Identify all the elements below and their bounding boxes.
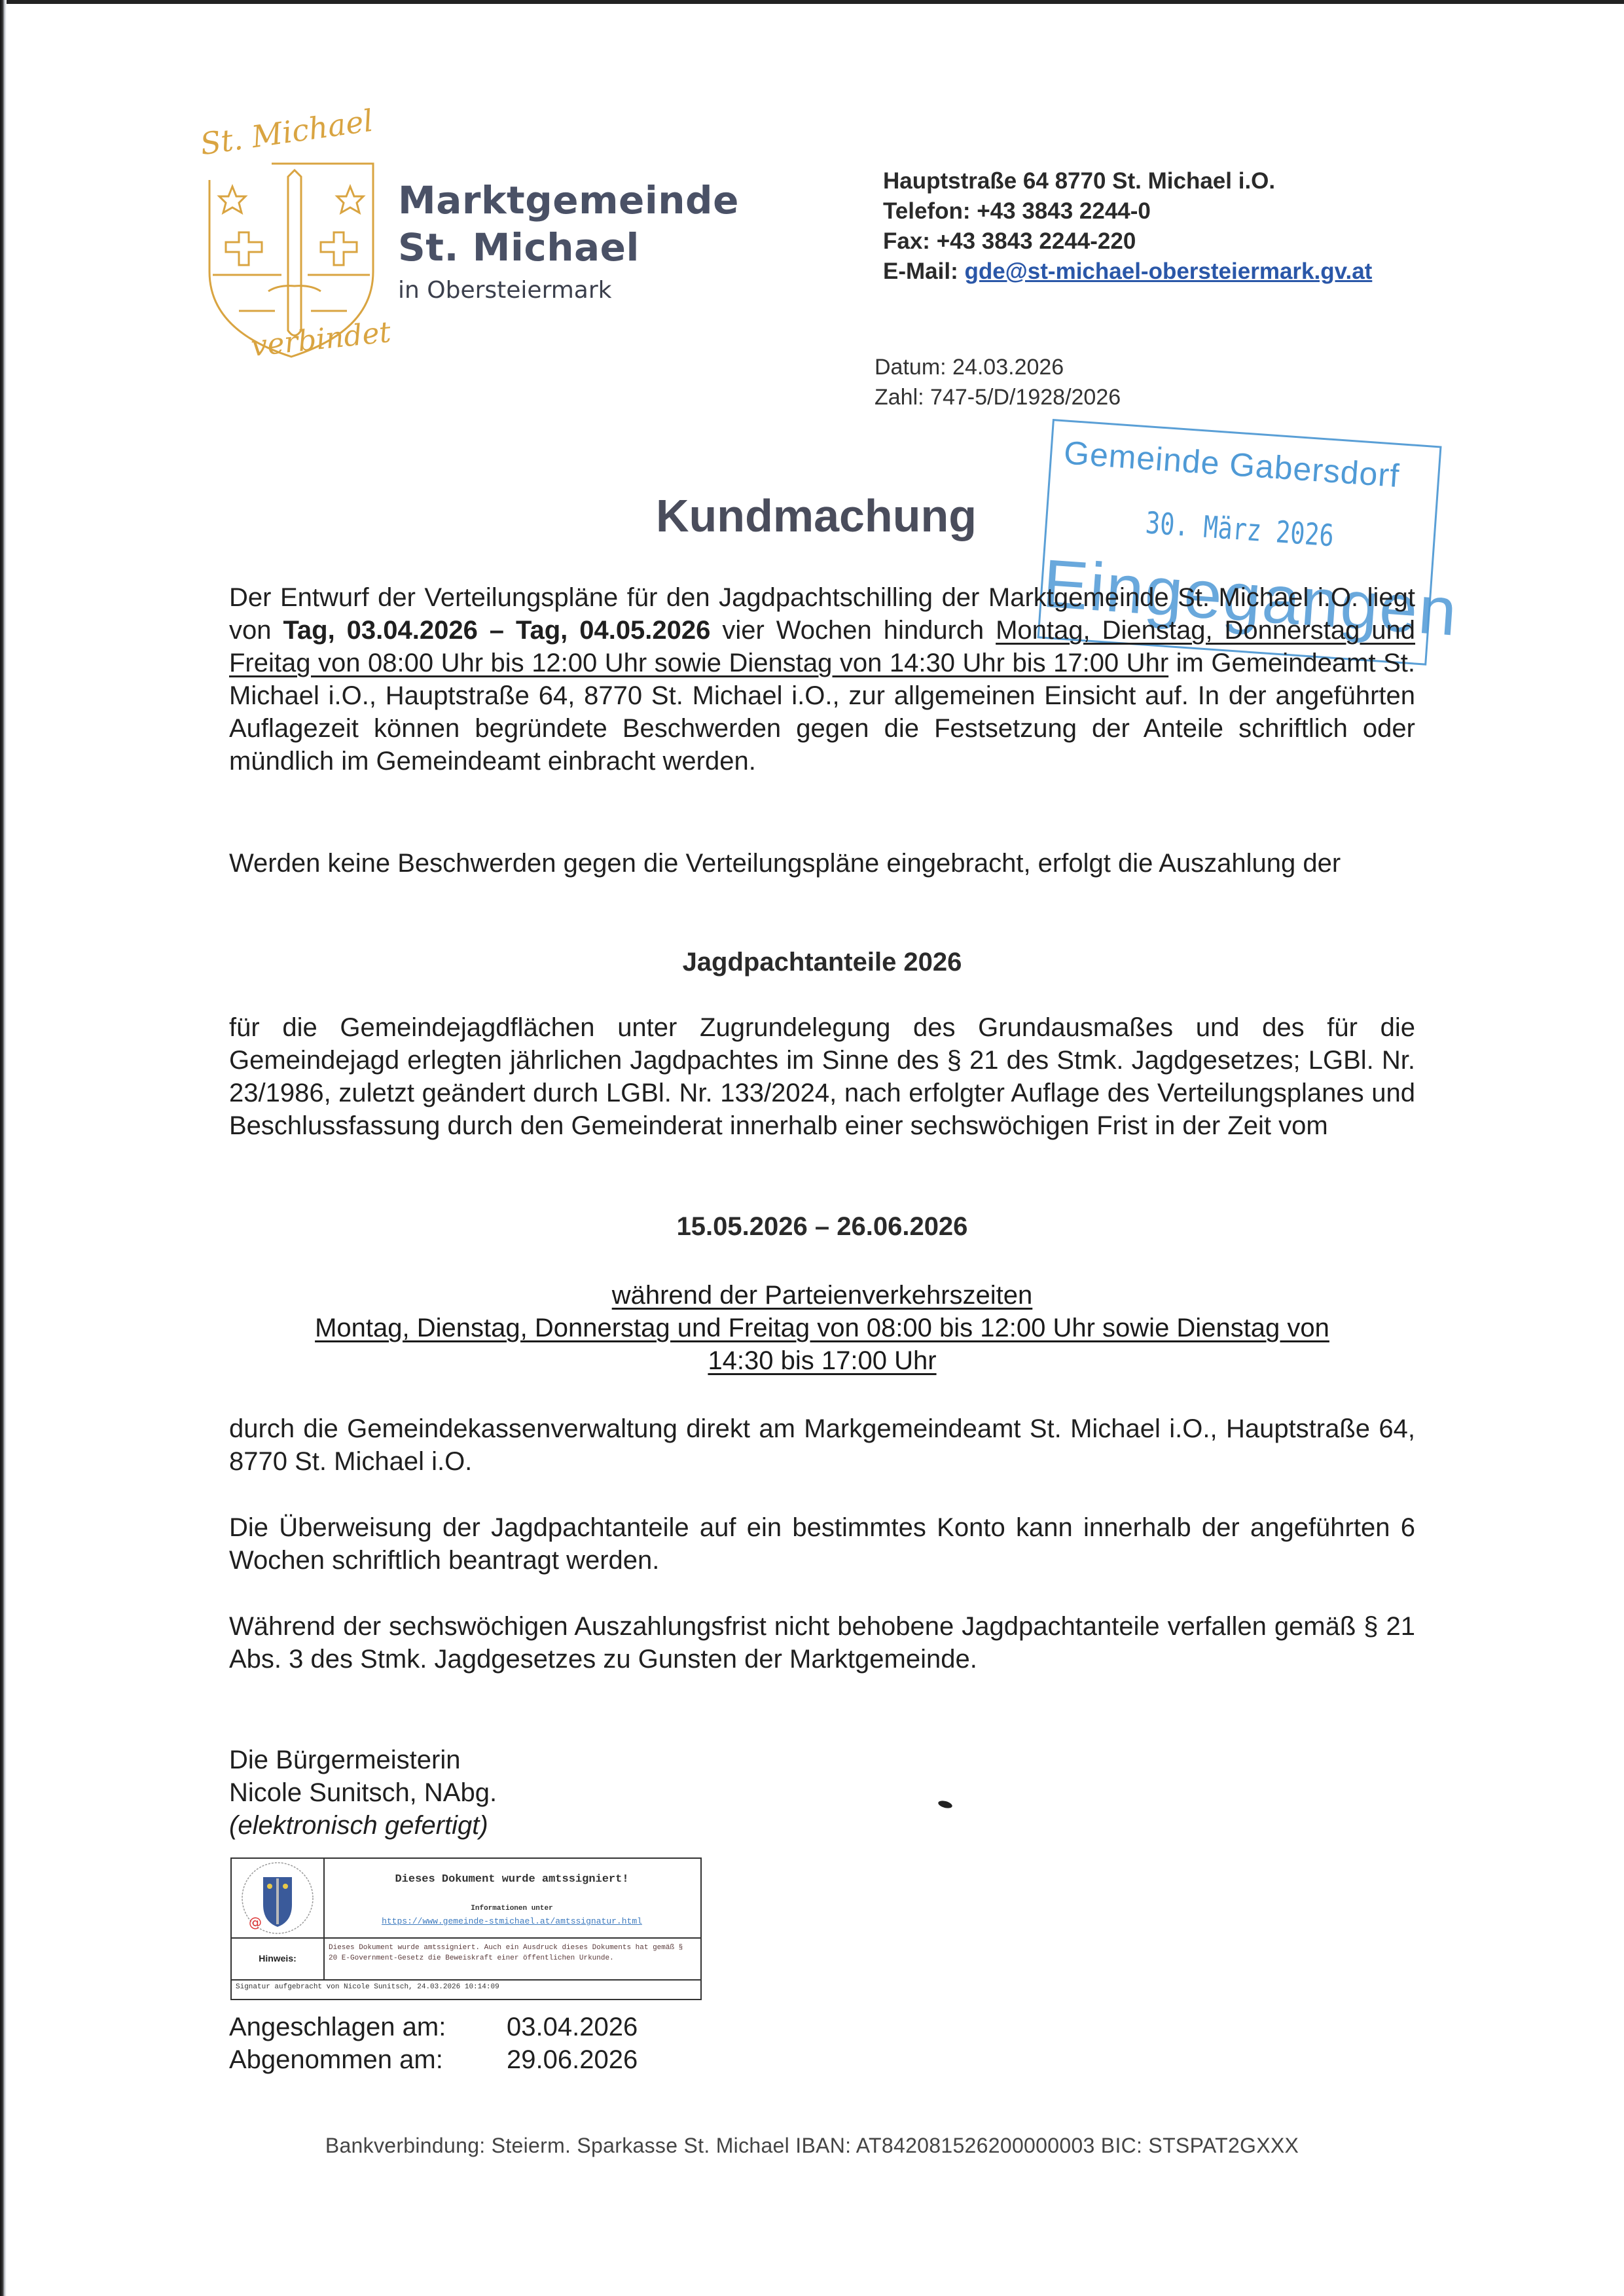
- page-title: Kundmachung: [656, 490, 977, 542]
- payout-period: 15.05.2026 – 26.06.2026: [229, 1212, 1415, 1242]
- hours-line-3: 14:30 bis 17:00 Uhr: [708, 1346, 936, 1375]
- signer-role: Die Bürgermeisterin: [229, 1744, 497, 1776]
- amtssignatur-info-label: Informationen unter: [323, 1905, 700, 1912]
- document-date: Datum: 24.03.2026: [875, 352, 1121, 382]
- bank-details-footer: Bankverbindung: Steierm. Sparkasse St. M…: [0, 2134, 1624, 2158]
- contact-email-label: E-Mail:: [883, 259, 964, 284]
- hours-line-1: während der Parteienverkehrszeiten: [612, 1281, 1033, 1310]
- amtssignatur-box: Dieses Dokument wurde amtssigniert! Info…: [230, 1857, 702, 2000]
- paragraph-bank-transfer: Die Überweisung der Jagdpachtanteile auf…: [229, 1511, 1415, 1577]
- brand-name: Marktgemeinde St. Michael in Obersteierm…: [398, 177, 739, 310]
- paragraph-draft-plans: Der Entwurf der Verteilungspläne für den…: [229, 581, 1415, 778]
- ink-mark: [937, 1799, 953, 1809]
- posting-row-removed: Abgenommen am:29.06.2026: [229, 2043, 638, 2076]
- amtssignatur-title: Dieses Dokument wurde amtssigniert!: [323, 1873, 700, 1886]
- scan-edge-top: [0, 0, 1624, 4]
- contact-block: Hauptstraße 64 8770 St. Michael i.O. Tel…: [883, 166, 1372, 287]
- signer-name: Nicole Sunitsch, NAbg.: [229, 1776, 497, 1809]
- removed-value: 29.06.2026: [507, 2043, 638, 2076]
- svg-text:@: @: [249, 1914, 262, 1930]
- seal-icon: @: [232, 1859, 323, 1937]
- hours-line-2: Montag, Dienstag, Donnerstag und Freitag…: [315, 1314, 1329, 1342]
- brand-line-1: Marktgemeinde: [398, 177, 739, 224]
- p1-text-2: vier Wochen hindurch: [710, 616, 996, 645]
- signature-note: (elektronisch gefertigt): [229, 1811, 488, 1840]
- amtssignatur-hint-label: Hinweis:: [232, 1953, 323, 1964]
- stamp-municipality: Gemeinde Gabersdorf: [1062, 433, 1400, 495]
- document-meta: Datum: 24.03.2026 Zahl: 747-5/D/1928/202…: [875, 352, 1121, 412]
- amtssignatur-hint-row: Hinweis: Dieses Dokument wurde amtssigni…: [232, 1939, 700, 1981]
- p1-inspection-period: Tag, 03.04.2026 – Tag, 04.05.2026: [283, 616, 710, 645]
- municipality-logo: St. Michael verbindet: [193, 115, 403, 376]
- posted-value: 03.04.2026: [507, 2011, 638, 2043]
- section-heading: Jagdpachtanteile 2026: [229, 948, 1415, 977]
- payout-hours: während der Parteienverkehrszeiten Monta…: [229, 1279, 1415, 1377]
- paragraph-no-complaints: Werden keine Beschwerden gegen die Verte…: [229, 847, 1415, 880]
- contact-email-link[interactable]: gde@st-michael-obersteiermark.gv.at: [964, 259, 1372, 284]
- stamp-date: 30. März 2026: [1144, 505, 1335, 553]
- posting-row-posted: Angeschlagen am:03.04.2026: [229, 2011, 638, 2043]
- brand-line-2: St. Michael: [398, 224, 739, 271]
- contact-phone: Telefon: +43 3843 2244-0: [883, 196, 1372, 226]
- contact-address: Hauptstraße 64 8770 St. Michael i.O.: [883, 166, 1372, 196]
- paragraph-payout-location: durch die Gemeindekassenverwaltung direk…: [229, 1412, 1415, 1478]
- amtssignatur-signed-by: Signatur aufgebracht von Nicole Sunitsch…: [236, 1983, 499, 1991]
- amtssignatur-hint-text: Dieses Dokument wurde amtssigniert. Auch…: [329, 1943, 695, 1964]
- document-number: Zahl: 747-5/D/1928/2026: [875, 382, 1121, 412]
- posted-label: Angeschlagen am:: [229, 2011, 507, 2043]
- brand-line-3: in Obersteiermark: [398, 271, 739, 310]
- amtssignatur-info-link[interactable]: https://www.gemeinde-stmichael.at/amtssi…: [323, 1916, 700, 1926]
- contact-fax: Fax: +43 3843 2244-220: [883, 226, 1372, 257]
- paragraph-legal-basis: für die Gemeindejagdflächen unter Zugrun…: [229, 1011, 1415, 1142]
- removed-label: Abgenommen am:: [229, 2043, 507, 2076]
- contact-email-row: E-Mail: gde@st-michael-obersteiermark.gv…: [883, 257, 1372, 287]
- signature-block: Die Bürgermeisterin Nicole Sunitsch, NAb…: [229, 1744, 497, 1842]
- paragraph-forfeiture: Während der sechswöchigen Auszahlungsfri…: [229, 1610, 1415, 1676]
- scan-edge-left: [0, 0, 7, 2296]
- posting-dates: Angeschlagen am:03.04.2026 Abgenommen am…: [229, 2011, 638, 2076]
